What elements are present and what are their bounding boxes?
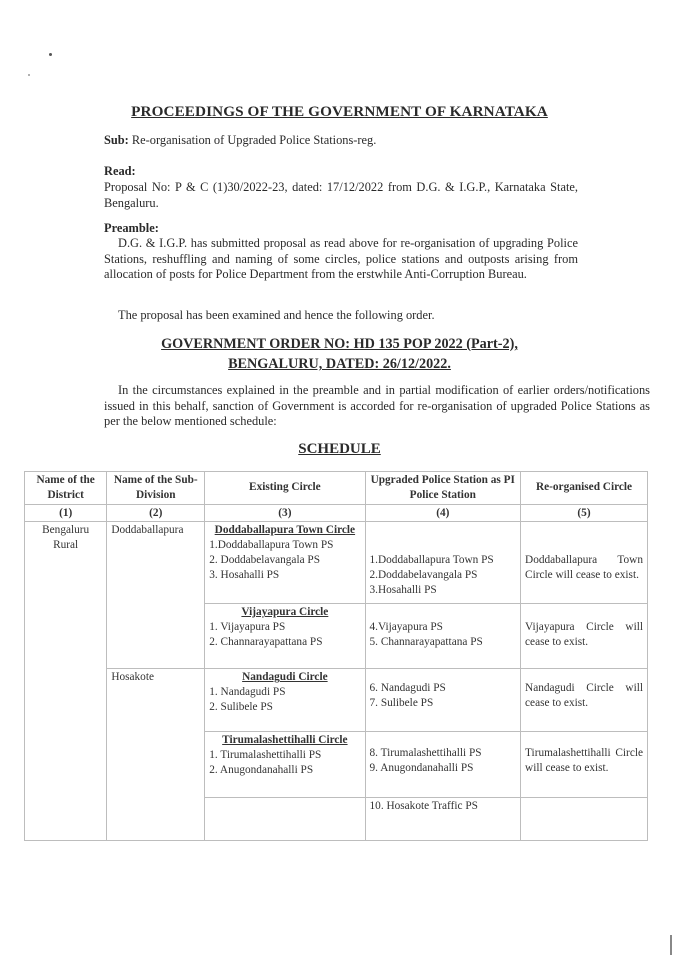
order-number-line: GOVERNMENT ORDER NO: HD 135 POP 2022 (Pa…: [0, 336, 679, 353]
reorganised-circle-cell: Nandagudi Circle will cease to exist.: [521, 669, 648, 732]
header-district: Name of the District: [25, 472, 107, 505]
col-number: (2): [107, 504, 205, 522]
existing-ps: 3. Hosahalli PS: [209, 568, 360, 583]
examined-text: The proposal has been examined and hence…: [104, 308, 578, 324]
existing-ps: 2. Channarayapattana PS: [209, 635, 360, 650]
header-upgraded-ps: Upgraded Police Station as PI Police Sta…: [365, 472, 521, 505]
schedule-table: Name of the District Name of the Sub-Div…: [24, 471, 648, 841]
reorganised-circle-cell: Tirumalashettihalli Circle will cease to…: [521, 732, 648, 798]
existing-ps: 1. Nandagudi PS: [209, 685, 360, 700]
upgraded-ps: 7. Sulibele PS: [370, 696, 517, 711]
existing-ps: 1.Doddaballapura Town PS: [209, 538, 360, 553]
upgraded-ps-cell: 8. Tirumalashettihalli PS 9. Anugondanah…: [365, 732, 521, 798]
upgraded-ps-cell: 4.Vijayapura PS 5. Channarayapattana PS: [365, 604, 521, 669]
scan-speck: [28, 74, 30, 76]
preamble-label: Preamble:: [104, 221, 578, 237]
order-text: In the circumstances explained in the pr…: [104, 383, 650, 430]
upgraded-ps-cell: 1.Doddaballapura Town PS 2.Doddabelavang…: [365, 522, 521, 604]
existing-circle-cell: Nandagudi Circle 1. Nandagudi PS 2. Suli…: [205, 669, 365, 732]
existing-ps: 1. Tirumalashettihalli PS: [209, 748, 360, 763]
upgraded-ps: 8. Tirumalashettihalli PS: [370, 746, 517, 761]
upgraded-ps: 9. Anugondanahalli PS: [370, 761, 517, 776]
existing-ps: 2. Anugondanahalli PS: [209, 763, 360, 778]
upgraded-ps: 3.Hosahalli PS: [370, 583, 517, 598]
header-subdivision: Name of the Sub-Division: [107, 472, 205, 505]
table-row: Hosakote Nandagudi Circle 1. Nandagudi P…: [25, 669, 648, 732]
col-number: (4): [365, 504, 521, 522]
upgraded-ps: 5. Channarayapattana PS: [370, 635, 517, 650]
schedule-heading: SCHEDULE: [0, 441, 679, 458]
col-number: (5): [521, 504, 648, 522]
upgraded-ps: 10. Hosakote Traffic PS: [370, 799, 517, 814]
header-reorganised-circle: Re-organised Circle: [521, 472, 648, 505]
circle-name: Tirumalashettihalli Circle: [209, 733, 360, 748]
subject-label: Sub:: [104, 133, 129, 147]
read-label: Read:: [104, 164, 578, 180]
table-number-row: (1) (2) (3) (4) (5): [25, 504, 648, 522]
existing-circle-cell: Doddaballapura Town Circle 1.Doddaballap…: [205, 522, 365, 604]
existing-circle-cell: Tirumalashettihalli Circle 1. Tirumalash…: [205, 732, 365, 798]
upgraded-ps: 6. Nandagudi PS: [370, 681, 517, 696]
upgraded-ps-cell: 10. Hosakote Traffic PS: [365, 798, 521, 841]
col-number: (3): [205, 504, 365, 522]
upgraded-ps: 4.Vijayapura PS: [370, 620, 517, 635]
read-text: Proposal No: P & C (1)30/2022-23, dated:…: [104, 180, 578, 211]
existing-ps: 2. Doddabelavangala PS: [209, 553, 360, 568]
subdivision-cell: Doddaballapura: [107, 522, 205, 669]
subject-text: Re-organisation of Upgraded Police Stati…: [132, 133, 376, 147]
circle-name: Vijayapura Circle: [209, 605, 360, 620]
scan-speck: [49, 53, 52, 56]
scan-edge-mark: [670, 935, 672, 955]
order-date-line: BENGALURU, DATED: 26/12/2022.: [0, 356, 679, 373]
existing-ps: 2. Sulibele PS: [209, 700, 360, 715]
existing-ps: 1. Vijayapura PS: [209, 620, 360, 635]
upgraded-ps: 1.Doddaballapura Town PS: [370, 553, 517, 568]
subdivision-cell: Hosakote: [107, 669, 205, 841]
table-row: Bengaluru Rural Doddaballapura Doddaball…: [25, 522, 648, 604]
document-title: PROCEEDINGS OF THE GOVERNMENT OF KARNATA…: [0, 103, 679, 121]
reorganised-circle-cell: [521, 798, 648, 841]
circle-name: Doddaballapura Town Circle: [209, 523, 360, 538]
district-cell: Bengaluru Rural: [25, 522, 107, 841]
reorganised-circle-cell: Doddaballapura Town Circle will cease to…: [521, 522, 648, 604]
upgraded-ps: 2.Doddabelavangala PS: [370, 568, 517, 583]
upgraded-ps-cell: 6. Nandagudi PS 7. Sulibele PS: [365, 669, 521, 732]
existing-circle-cell: [205, 798, 365, 841]
reorganised-circle-cell: Vijayapura Circle will cease to exist.: [521, 604, 648, 669]
header-existing-circle: Existing Circle: [205, 472, 365, 505]
existing-circle-cell: Vijayapura Circle 1. Vijayapura PS 2. Ch…: [205, 604, 365, 669]
col-number: (1): [25, 504, 107, 522]
circle-name: Nandagudi Circle: [209, 670, 360, 685]
subject-line: Sub: Re-organisation of Upgraded Police …: [104, 133, 578, 149]
preamble-text: D.G. & I.G.P. has submitted proposal as …: [104, 236, 578, 283]
table-header-row: Name of the District Name of the Sub-Div…: [25, 472, 648, 505]
